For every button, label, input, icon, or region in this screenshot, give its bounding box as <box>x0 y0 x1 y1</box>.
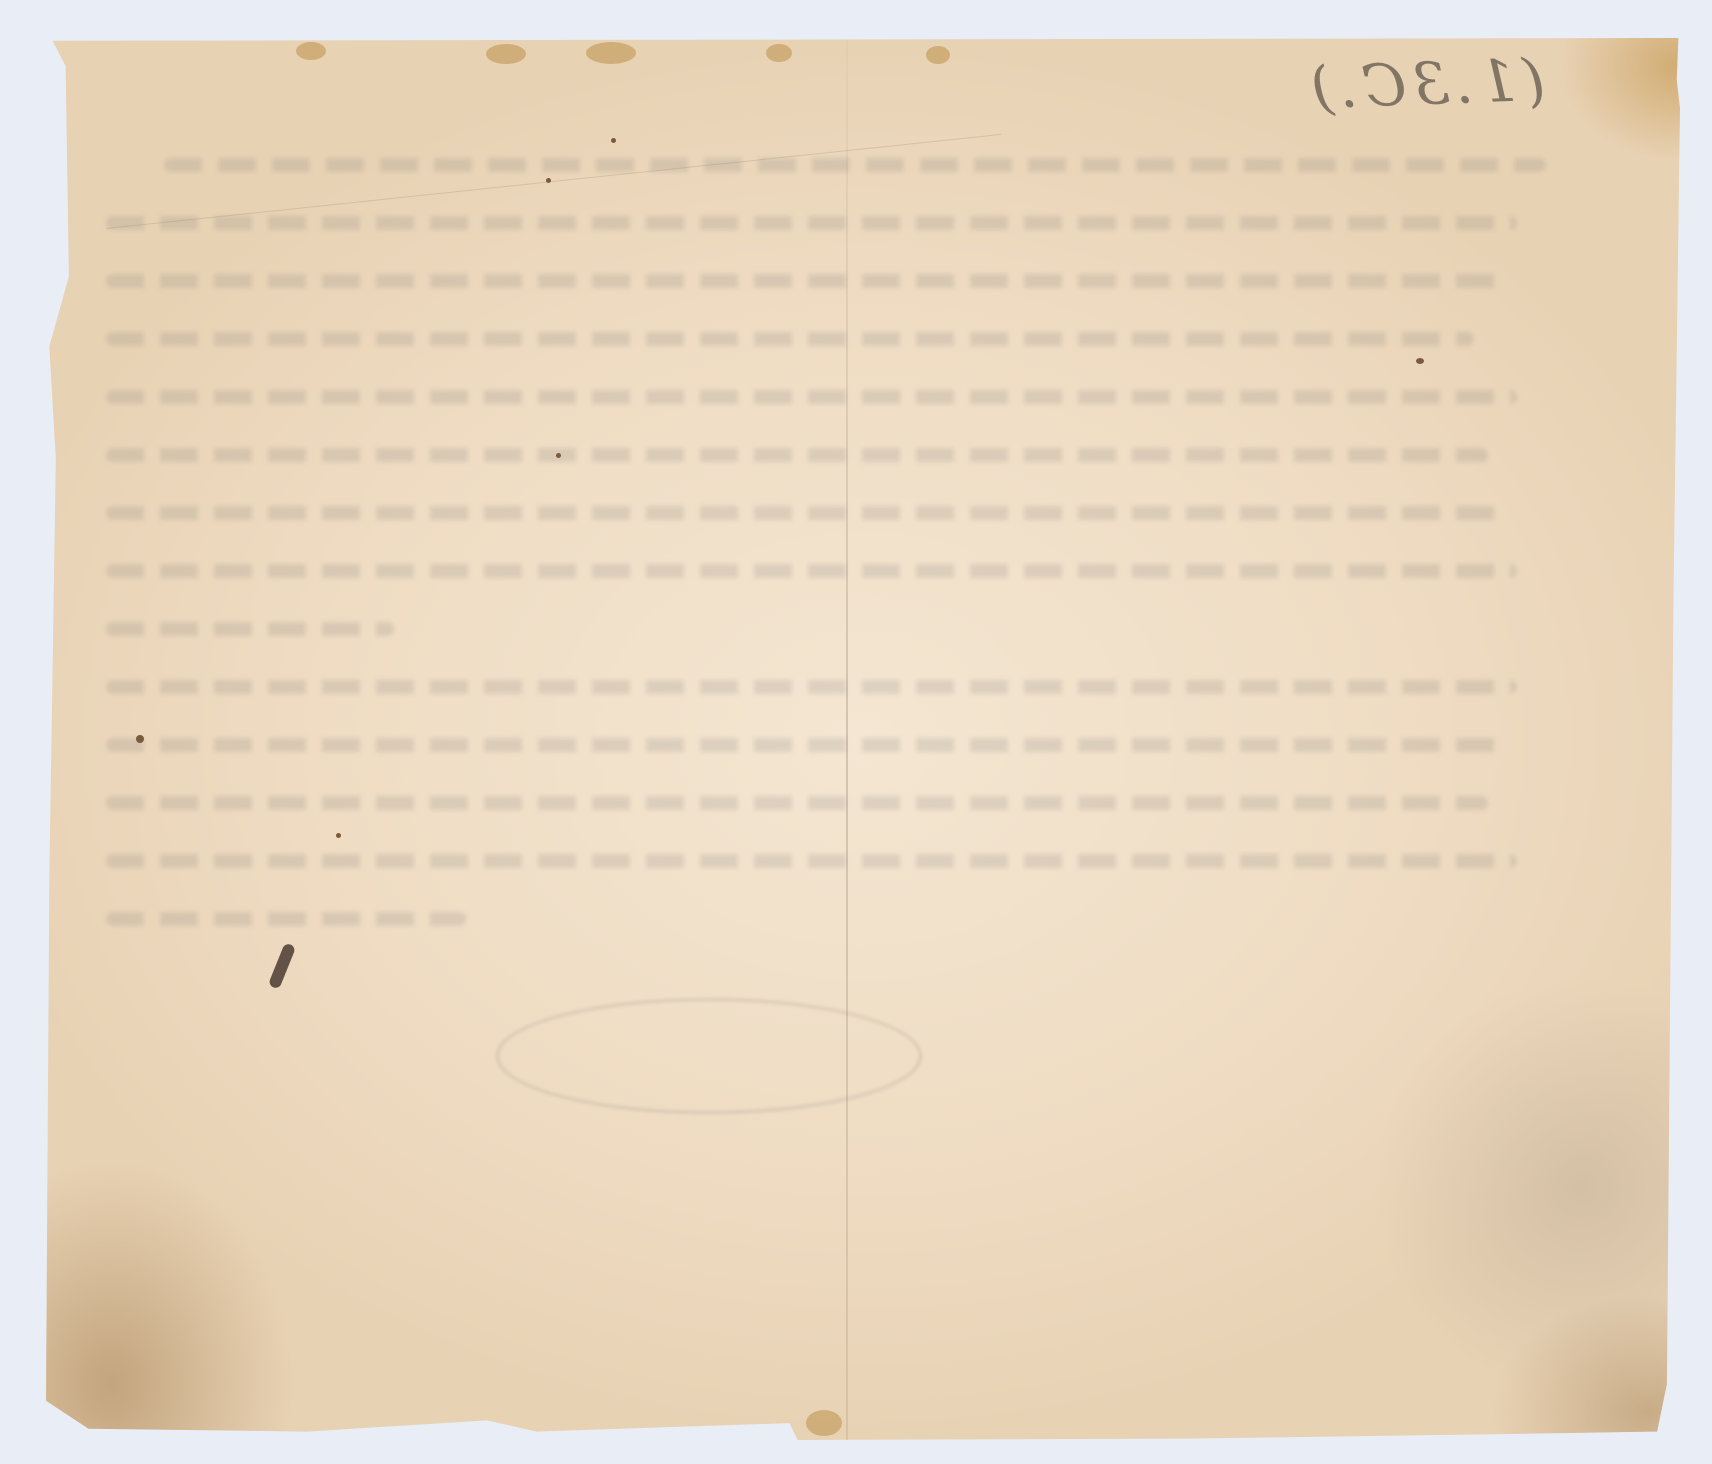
stain-mark <box>766 44 792 62</box>
stain-mark <box>296 42 326 60</box>
bleed-through-text <box>106 158 1546 970</box>
stain-mark <box>806 1410 842 1436</box>
signature-bleed <box>496 998 922 1114</box>
archival-pencil-number: (1.3C.) <box>1304 46 1546 122</box>
stain-mark <box>486 44 526 64</box>
document-page <box>46 38 1680 1440</box>
stain-mark <box>926 46 950 64</box>
stain-mark <box>586 42 636 64</box>
paper-speck <box>611 138 616 143</box>
